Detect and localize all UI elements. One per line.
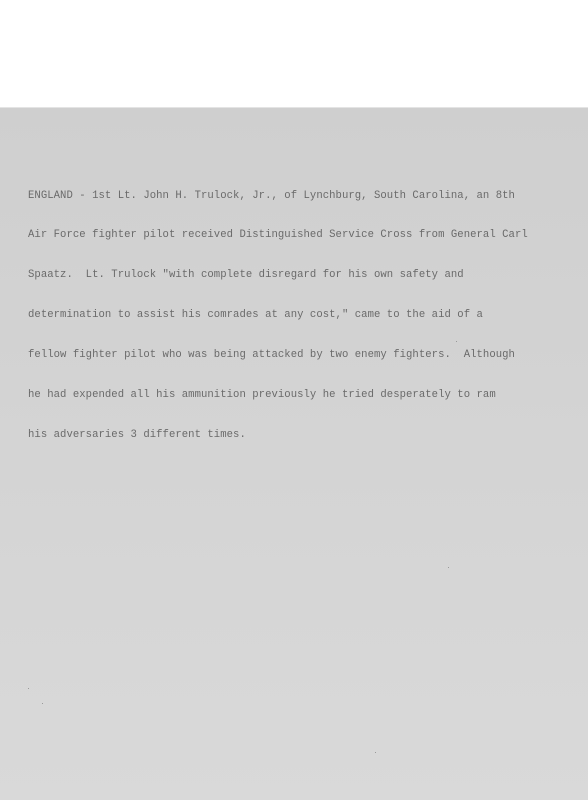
paper-speck bbox=[456, 341, 457, 342]
paper-speck bbox=[42, 703, 43, 704]
typed-caption: ENGLAND - 1st Lt. John H. Trulock, Jr., … bbox=[28, 163, 573, 456]
caption-line: his adversaries 3 different times. bbox=[28, 429, 573, 442]
caption-line: Air Force fighter pilot received Disting… bbox=[28, 229, 573, 242]
caption-line: ENGLAND - 1st Lt. John H. Trulock, Jr., … bbox=[28, 190, 573, 203]
caption-line: fellow fighter pilot who was being attac… bbox=[28, 349, 573, 362]
caption-line: he had expended all his ammunition previ… bbox=[28, 389, 573, 402]
caption-line: determination to assist his comrades at … bbox=[28, 309, 573, 322]
paper-speck bbox=[448, 567, 449, 568]
caption-line: Spaatz. Lt. Trulock "with complete disre… bbox=[28, 269, 573, 282]
paper-speck bbox=[375, 752, 376, 753]
paper-speck bbox=[28, 688, 29, 689]
